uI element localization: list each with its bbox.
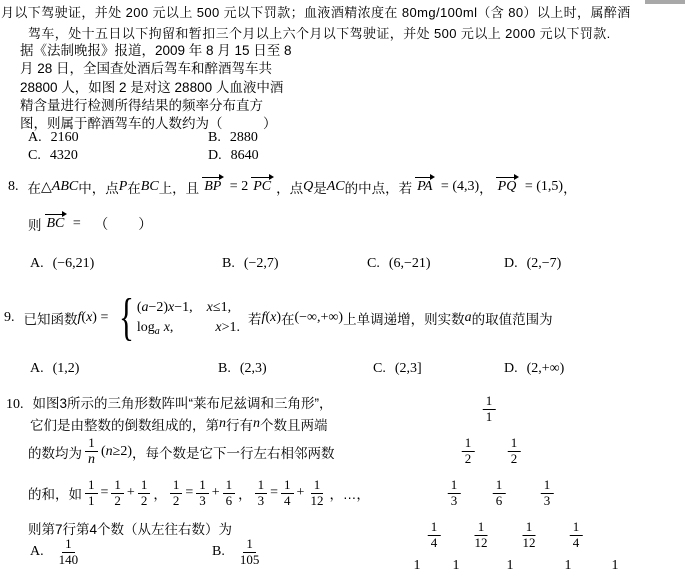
q9-option-d: D.(2,+∞) xyxy=(504,361,564,377)
q10-option-b: B. 1105 xyxy=(212,537,265,568)
q7-option-d: D.8640 xyxy=(208,148,259,164)
q10-stem-line5: 则第7行第4个数（从左往右数）为 xyxy=(28,518,232,538)
q7-para-line: 月 28 日，全国查处酒后驾车和醉酒驾车共 xyxy=(20,60,292,78)
triangle-cell: 14 xyxy=(428,520,441,551)
q10-line1-text: 如图3所示的三角形数阵叫“莱布尼兹调和三角形”， xyxy=(33,392,333,412)
q9-fx-math: f(x) = xyxy=(78,310,112,326)
q7-option-b: B.2880 xyxy=(208,130,258,146)
q9-options: A.(1,2) B.(2,3) C.(2,3] D.(2,+∞) xyxy=(0,361,690,383)
q7-para-line: 据《法制晚报》报道，2009 年 8 月 15 日至 8 xyxy=(20,42,292,60)
q10-stem-line3: 的数均为1n(n≥2)，每个数是它下一行左右相邻两数 xyxy=(28,434,335,470)
q9-option-c: C.(2,3] xyxy=(373,361,422,377)
triangle-cell: 12 xyxy=(462,436,475,467)
triangle-cell: 13 xyxy=(448,478,461,509)
q7-option-a: A.2160 xyxy=(28,130,79,146)
triangle-cell: 12 xyxy=(508,436,521,467)
q10-options: A. 1140 B. 1105 xyxy=(0,537,400,576)
q9-option-b: B.(2,3) xyxy=(218,361,267,377)
q10-option-a: A. 1140 xyxy=(30,537,84,568)
q7-intro-line1: 月以下驾驶证，并处 200 元以上 500 元以下罚款；血液酒精浓度在 80mg… xyxy=(1,2,631,21)
q10-number: 10. xyxy=(6,397,24,413)
q9-stem: 9. 已知函数 f(x) = { (a−2)x−1,x≤1, logax,x>1… xyxy=(4,294,553,342)
q7-para-line: 28800 人，如图 2 是对这 28800 人血液中酒 xyxy=(20,79,292,97)
triangle-clipped-numeral: 1 xyxy=(612,558,619,574)
q7-options: A.2160 B.2880 C.4320 D.8640 xyxy=(0,130,400,164)
q9-brace: { xyxy=(119,295,134,342)
q8-option-b: B.(−2,7) xyxy=(222,256,279,272)
q9-after-math: 若f(x)在(−∞,+∞)上单调递增，则实数a的取值范围为 xyxy=(248,308,553,328)
triangle-clipped-numeral: 1 xyxy=(507,558,514,574)
q7-para-line: 精含量进行检测所得结果的频率分布直方 xyxy=(20,97,292,115)
triangle-cell: 112 xyxy=(520,520,539,551)
q10-option-a-fraction: 1140 xyxy=(56,537,82,568)
triangle-cell: 11 xyxy=(483,394,496,425)
q8-stem-line1: 8. 在△ABC中，点P在BC上，且BP = 2PC，点Q是AC的中点，若PA … xyxy=(8,177,577,197)
q10-stem-line4: 的和，如11=12+12，12=13+16，13=14+112，…， xyxy=(28,474,370,512)
q8-options: A.(−6,21) B.(−2,7) C.(6,−21) D.(2,−7) xyxy=(0,256,690,278)
q8-option-a: A.(−6,21) xyxy=(30,256,94,272)
q10-stem-line2: 它们是由整数的倒数组成的，第n行有n个数且两端 xyxy=(30,414,328,434)
triangle-cell: 16 xyxy=(493,478,506,509)
q7-option-c: C.4320 xyxy=(28,148,78,164)
q8-number: 8. xyxy=(8,179,19,195)
q8-line1-math: 在△ABC中，点P在BC上，且BP = 2PC，点Q是AC的中点，若PA = (… xyxy=(28,177,577,197)
triangle-clipped-numeral: 1 xyxy=(565,558,572,574)
q7-paragraph: 据《法制晚报》报道，2009 年 8 月 15 日至 8 月 28 日，全国查处… xyxy=(20,42,292,133)
triangle-clipped-numeral: 1 xyxy=(414,558,421,574)
q8-stem-line2: 则BC = （） xyxy=(28,214,152,234)
q10-option-b-fraction: 1105 xyxy=(237,537,263,568)
triangle-cell: 14 xyxy=(570,520,583,551)
triangle-cell: 112 xyxy=(472,520,491,551)
triangle-cell: 13 xyxy=(541,478,554,509)
q9-option-a: A.(1,2) xyxy=(30,361,79,377)
q9-piecewise: { (a−2)x−1,x≤1, logax,x>1. xyxy=(114,295,240,342)
scrollbar-fragment[interactable] xyxy=(645,0,685,4)
q9-number: 9. xyxy=(4,310,15,326)
q7-intro-line2: 驾车，处十五日以下拘留和暂扣三个月以上六个月以下驾驶证，并处 500 元以上 2… xyxy=(28,23,611,42)
q9-intro-text: 已知函数 xyxy=(24,308,78,328)
q8-option-c: C.(6,−21) xyxy=(367,256,431,272)
q10-stem-line1: 10. 如图3所示的三角形数阵叫“莱布尼兹调和三角形”， xyxy=(6,392,333,413)
q8-option-d: D.(2,−7) xyxy=(504,256,561,272)
triangle-clipped-numeral: 1 xyxy=(453,558,460,574)
q9-piecewise-row1: (a−2)x−1,x≤1, xyxy=(137,300,240,316)
q9-piecewise-row2: logax,x>1. xyxy=(137,320,240,336)
